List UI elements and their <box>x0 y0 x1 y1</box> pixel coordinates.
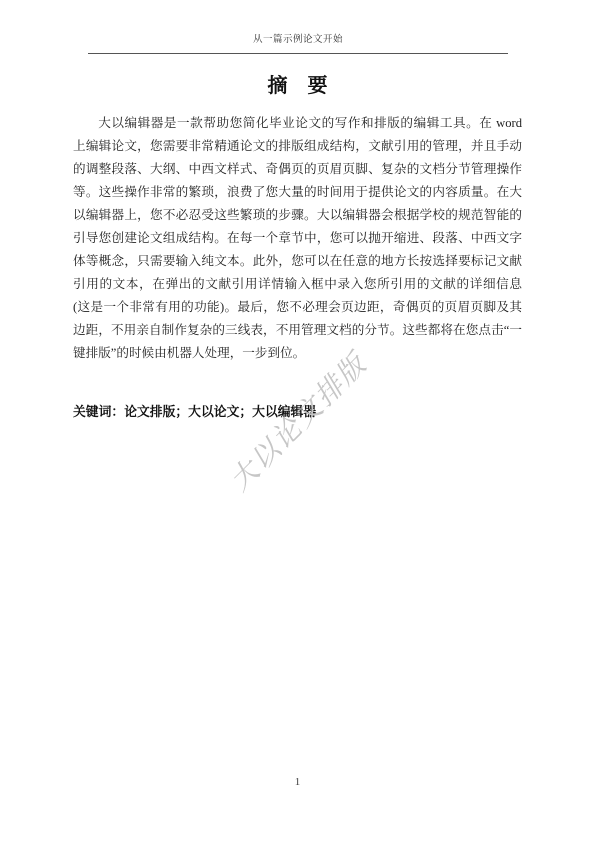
page-number: 1 <box>295 776 301 788</box>
header-text: 从一篇示例论文开始 <box>253 35 343 45</box>
abstract-line-10: 边距，不用亲自制作复杂的三线表，不用管理文档的分节。这些都将在您点击“一 <box>73 319 522 342</box>
abstract-line-9: (这是一个非常有用的功能)。最后，您不必理会页边距，奇偶页的页眉页脚及其 <box>73 296 522 319</box>
page-footer: 1 <box>0 776 595 788</box>
abstract-line-3: 的调整段落、大纲、中西文样式、奇偶页的页眉页脚、复杂的文档分节管理操作 <box>73 158 522 181</box>
abstract-paragraph: 大以编辑器是一款帮助您简化毕业论文的写作和排版的编辑工具。在 word 上编辑论… <box>73 112 522 365</box>
abstract-line-11: 键排版”的时候由机器人处理，一步到位。 <box>73 342 522 365</box>
page-header: 从一篇示例论文开始 <box>88 34 508 54</box>
abstract-line-7: 体等概念，只需要输入纯文本。此外，您可以在任意的地方长按选择要标记文献 <box>73 250 522 273</box>
abstract-line-6: 引导您创建论文组成结构。在每一个章节中，您可以抛开缩进、段落、中西文字 <box>73 227 522 250</box>
abstract-line-2: 上编辑论文，您需要非常精通论文的排版组成结构，文献引用的管理，并且手动 <box>73 135 522 158</box>
abstract-line-5: 以编辑器上，您不必忍受这些繁琐的步骤。大以编辑器会根据学校的规范智能的 <box>73 204 522 227</box>
abstract-title: 摘 要 <box>73 72 522 100</box>
document-page: 从一篇示例论文开始 摘 要 大以编辑器是一款帮助您简化毕业论文的写作和排版的编辑… <box>0 0 595 842</box>
keywords-line: 关键词：论文排版；大以论文；大以编辑器 <box>73 401 522 424</box>
abstract-line-4: 等。这些操作非常的繁琐，浪费了您大量的时间用于提供论文的内容质量。在大 <box>73 181 522 204</box>
keywords-value: 论文排版；大以论文；大以编辑器 <box>124 405 316 419</box>
abstract-line-1: 大以编辑器是一款帮助您简化毕业论文的写作和排版的编辑工具。在 word <box>73 112 522 135</box>
keywords-label: 关键词： <box>73 405 124 419</box>
abstract-line-8: 引用的文本，在弹出的文献引用详情输入框中录入您所引用的文献的详细信息 <box>73 273 522 296</box>
